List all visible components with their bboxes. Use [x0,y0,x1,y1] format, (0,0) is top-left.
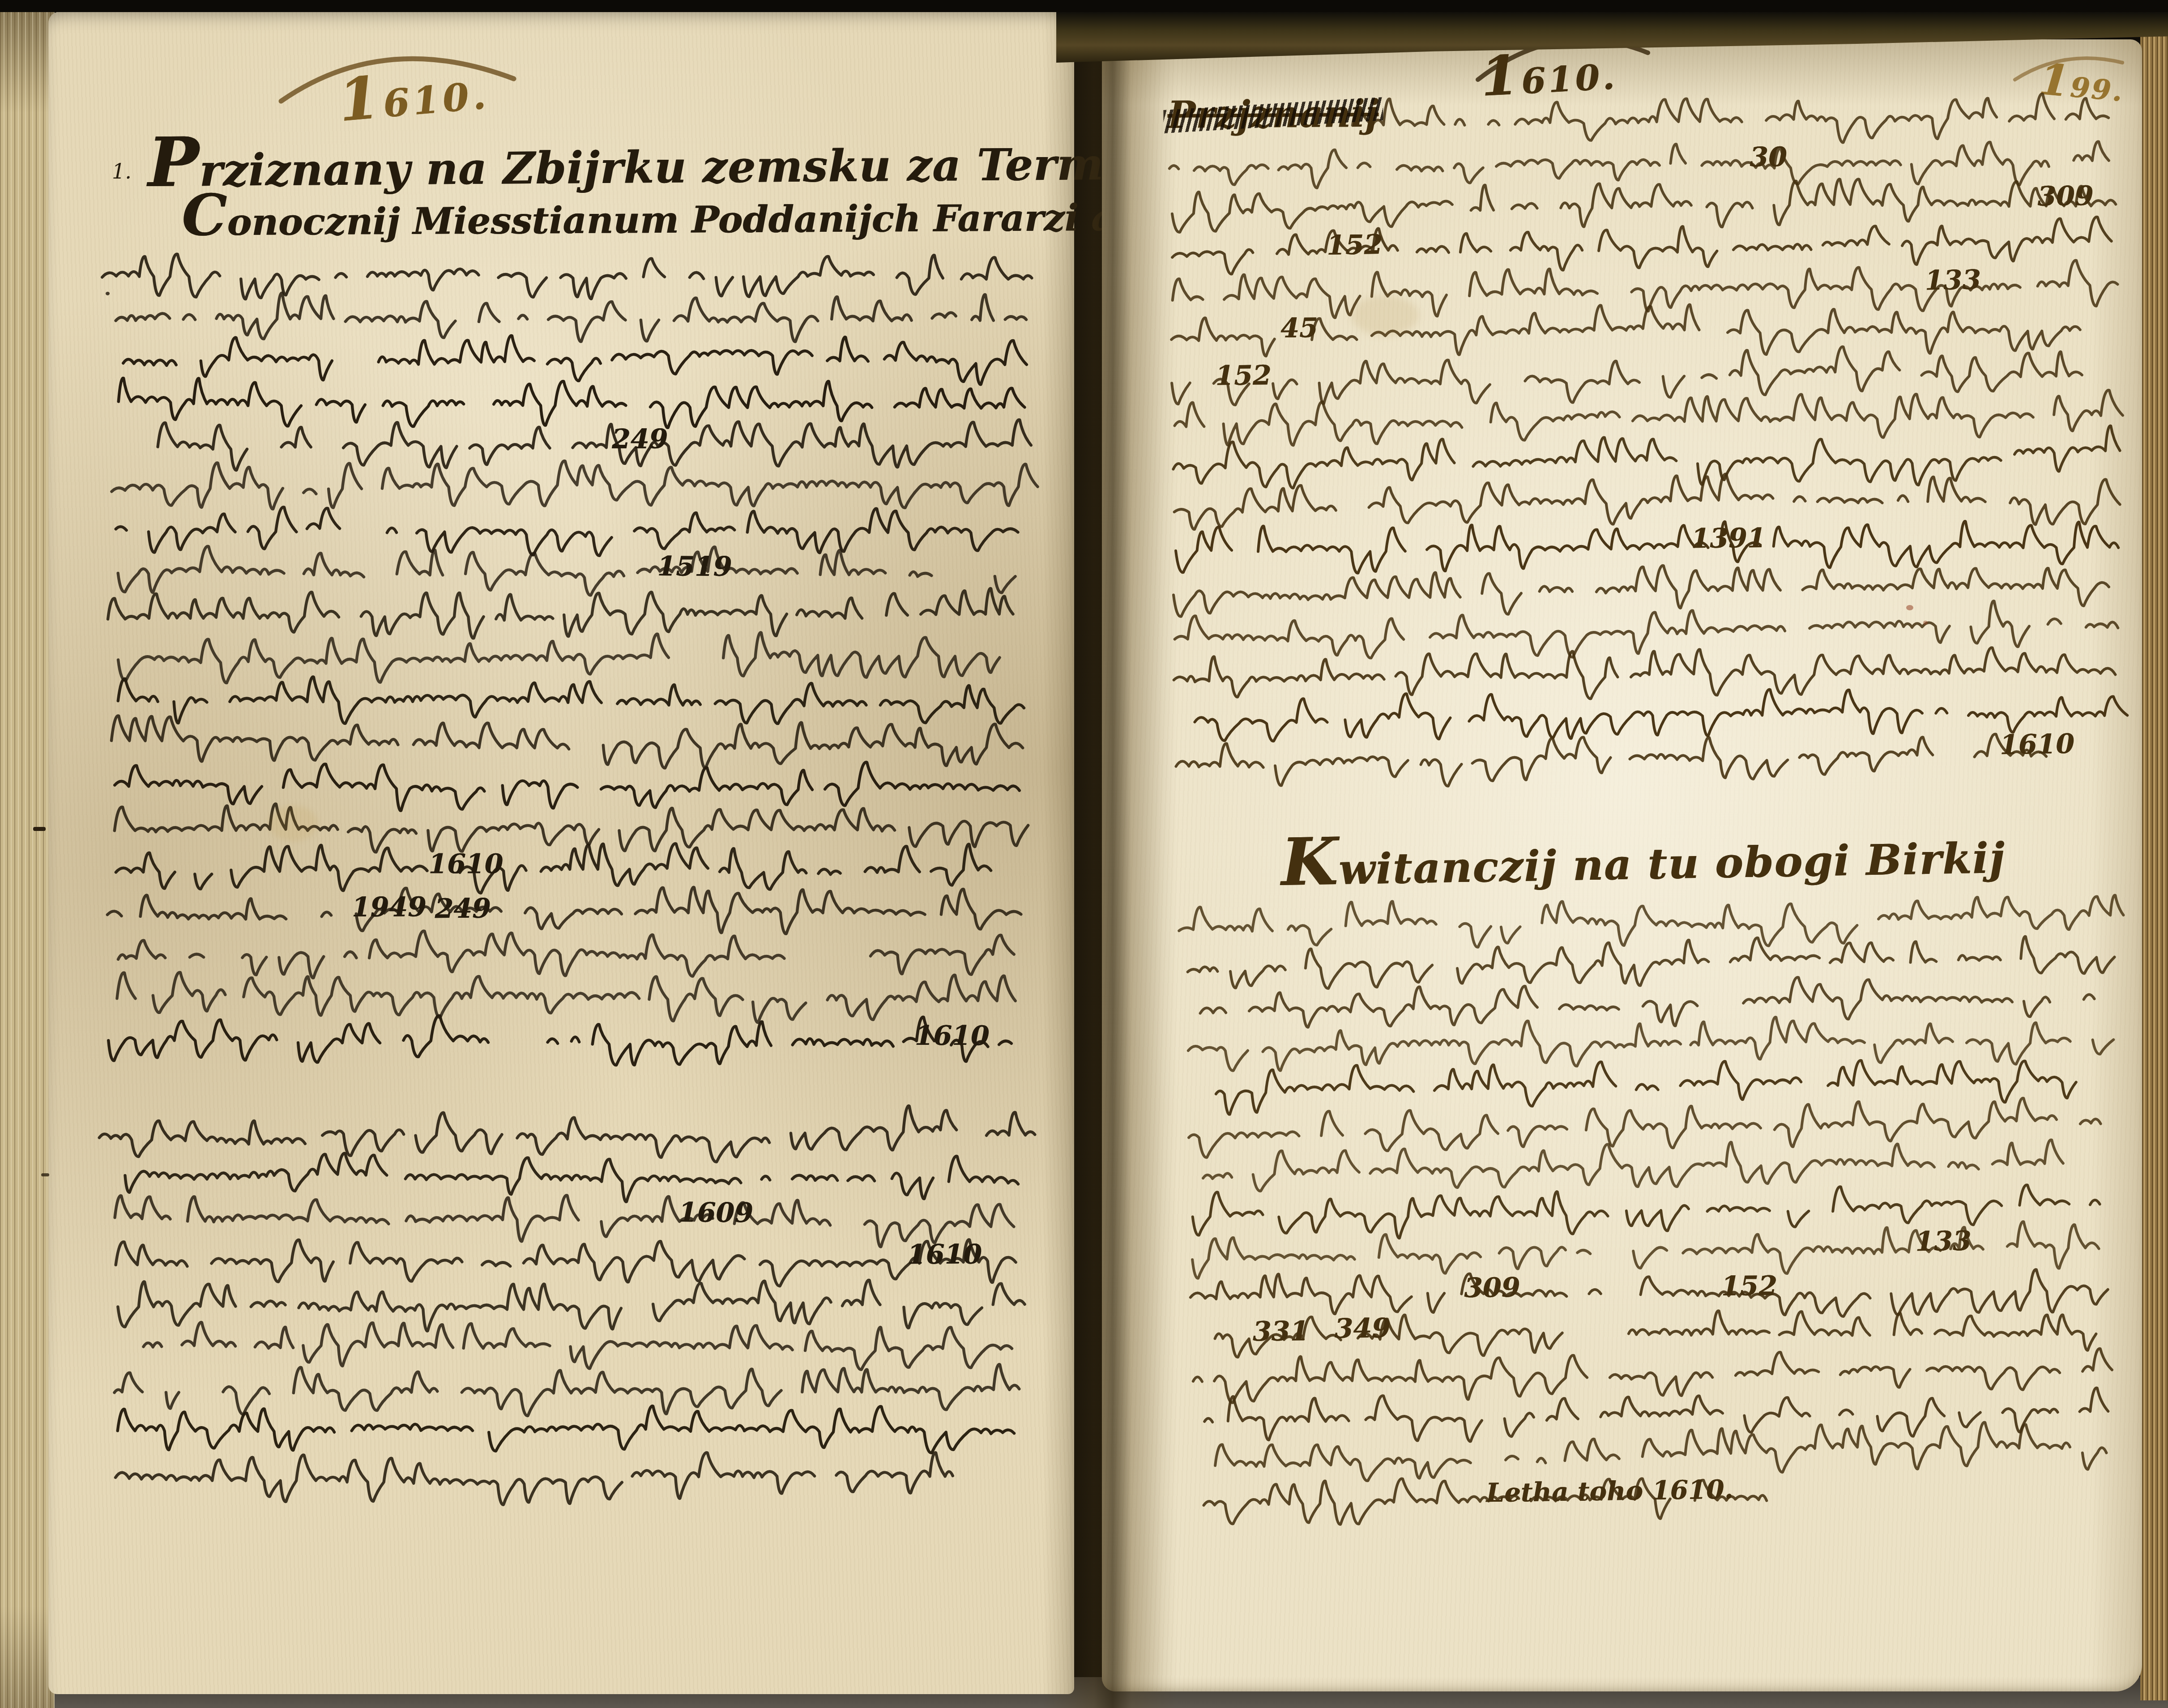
right-paragraph-2: 133309152331349Letha toho 1610. [1165,892,2139,1539]
legible-ink-token: 1949 [352,891,427,923]
legible-ink-token: 331 [1253,1316,1309,1347]
legible-ink-token: 249 [612,423,668,455]
handwriting-stroke [1172,715,2072,793]
legible-ink-token: 152 [1326,229,1383,261]
legible-ink-token: 133 [1915,1226,1972,1258]
handwriting-stroke [112,1437,957,1503]
handwritten-line: 1610 [1172,727,2072,784]
legible-ink-token: 1391 [1691,523,1766,554]
handwritten-line [112,1449,957,1493]
left-page: 1610. 1. Prziznany na Zbijrku zemsku za … [48,12,1074,1694]
legible-ink-token: 1609 [679,1197,753,1229]
handwritten-line: 1610 [102,1014,1025,1059]
manuscript-book-spread: 1610. 1. Prziznany na Zbijrku zemsku za … [0,0,2168,1708]
legible-ink-token: 1610 [1999,728,2074,761]
legible-ink-token: 133 [1925,264,1981,297]
handwriting-stroke [102,1003,1025,1069]
legible-ink-token: Letha toho 1610. [1486,1474,1733,1508]
left-paragraph-2: 16091610 [83,1110,1054,1504]
legible-ink-token: 349 [1334,1313,1391,1345]
legible-ink-token: 1610 [428,848,503,880]
legible-ink-token: 1610 [914,1020,989,1052]
handwritten-line: Letha toho 1610. [1201,1472,1771,1521]
legible-ink-token: 1610 [907,1239,982,1270]
page-fore-edge-right [2140,27,2168,1700]
right-page: 1610. 199. Przjznanij3030915213345152139… [1102,39,2142,1691]
right-paragraph-1: Przjznanij303091521334515213911610 [1165,90,2140,791]
legible-ink-token: 45 [1280,312,1318,344]
left-paragraph-1: 2491519161019492491610 [83,251,1054,1061]
left-margin-number: 1. [112,159,132,183]
legible-ink-token: 1519 [657,551,732,583]
top-cover-edge [0,0,2168,12]
page-edges-left [0,12,55,1708]
